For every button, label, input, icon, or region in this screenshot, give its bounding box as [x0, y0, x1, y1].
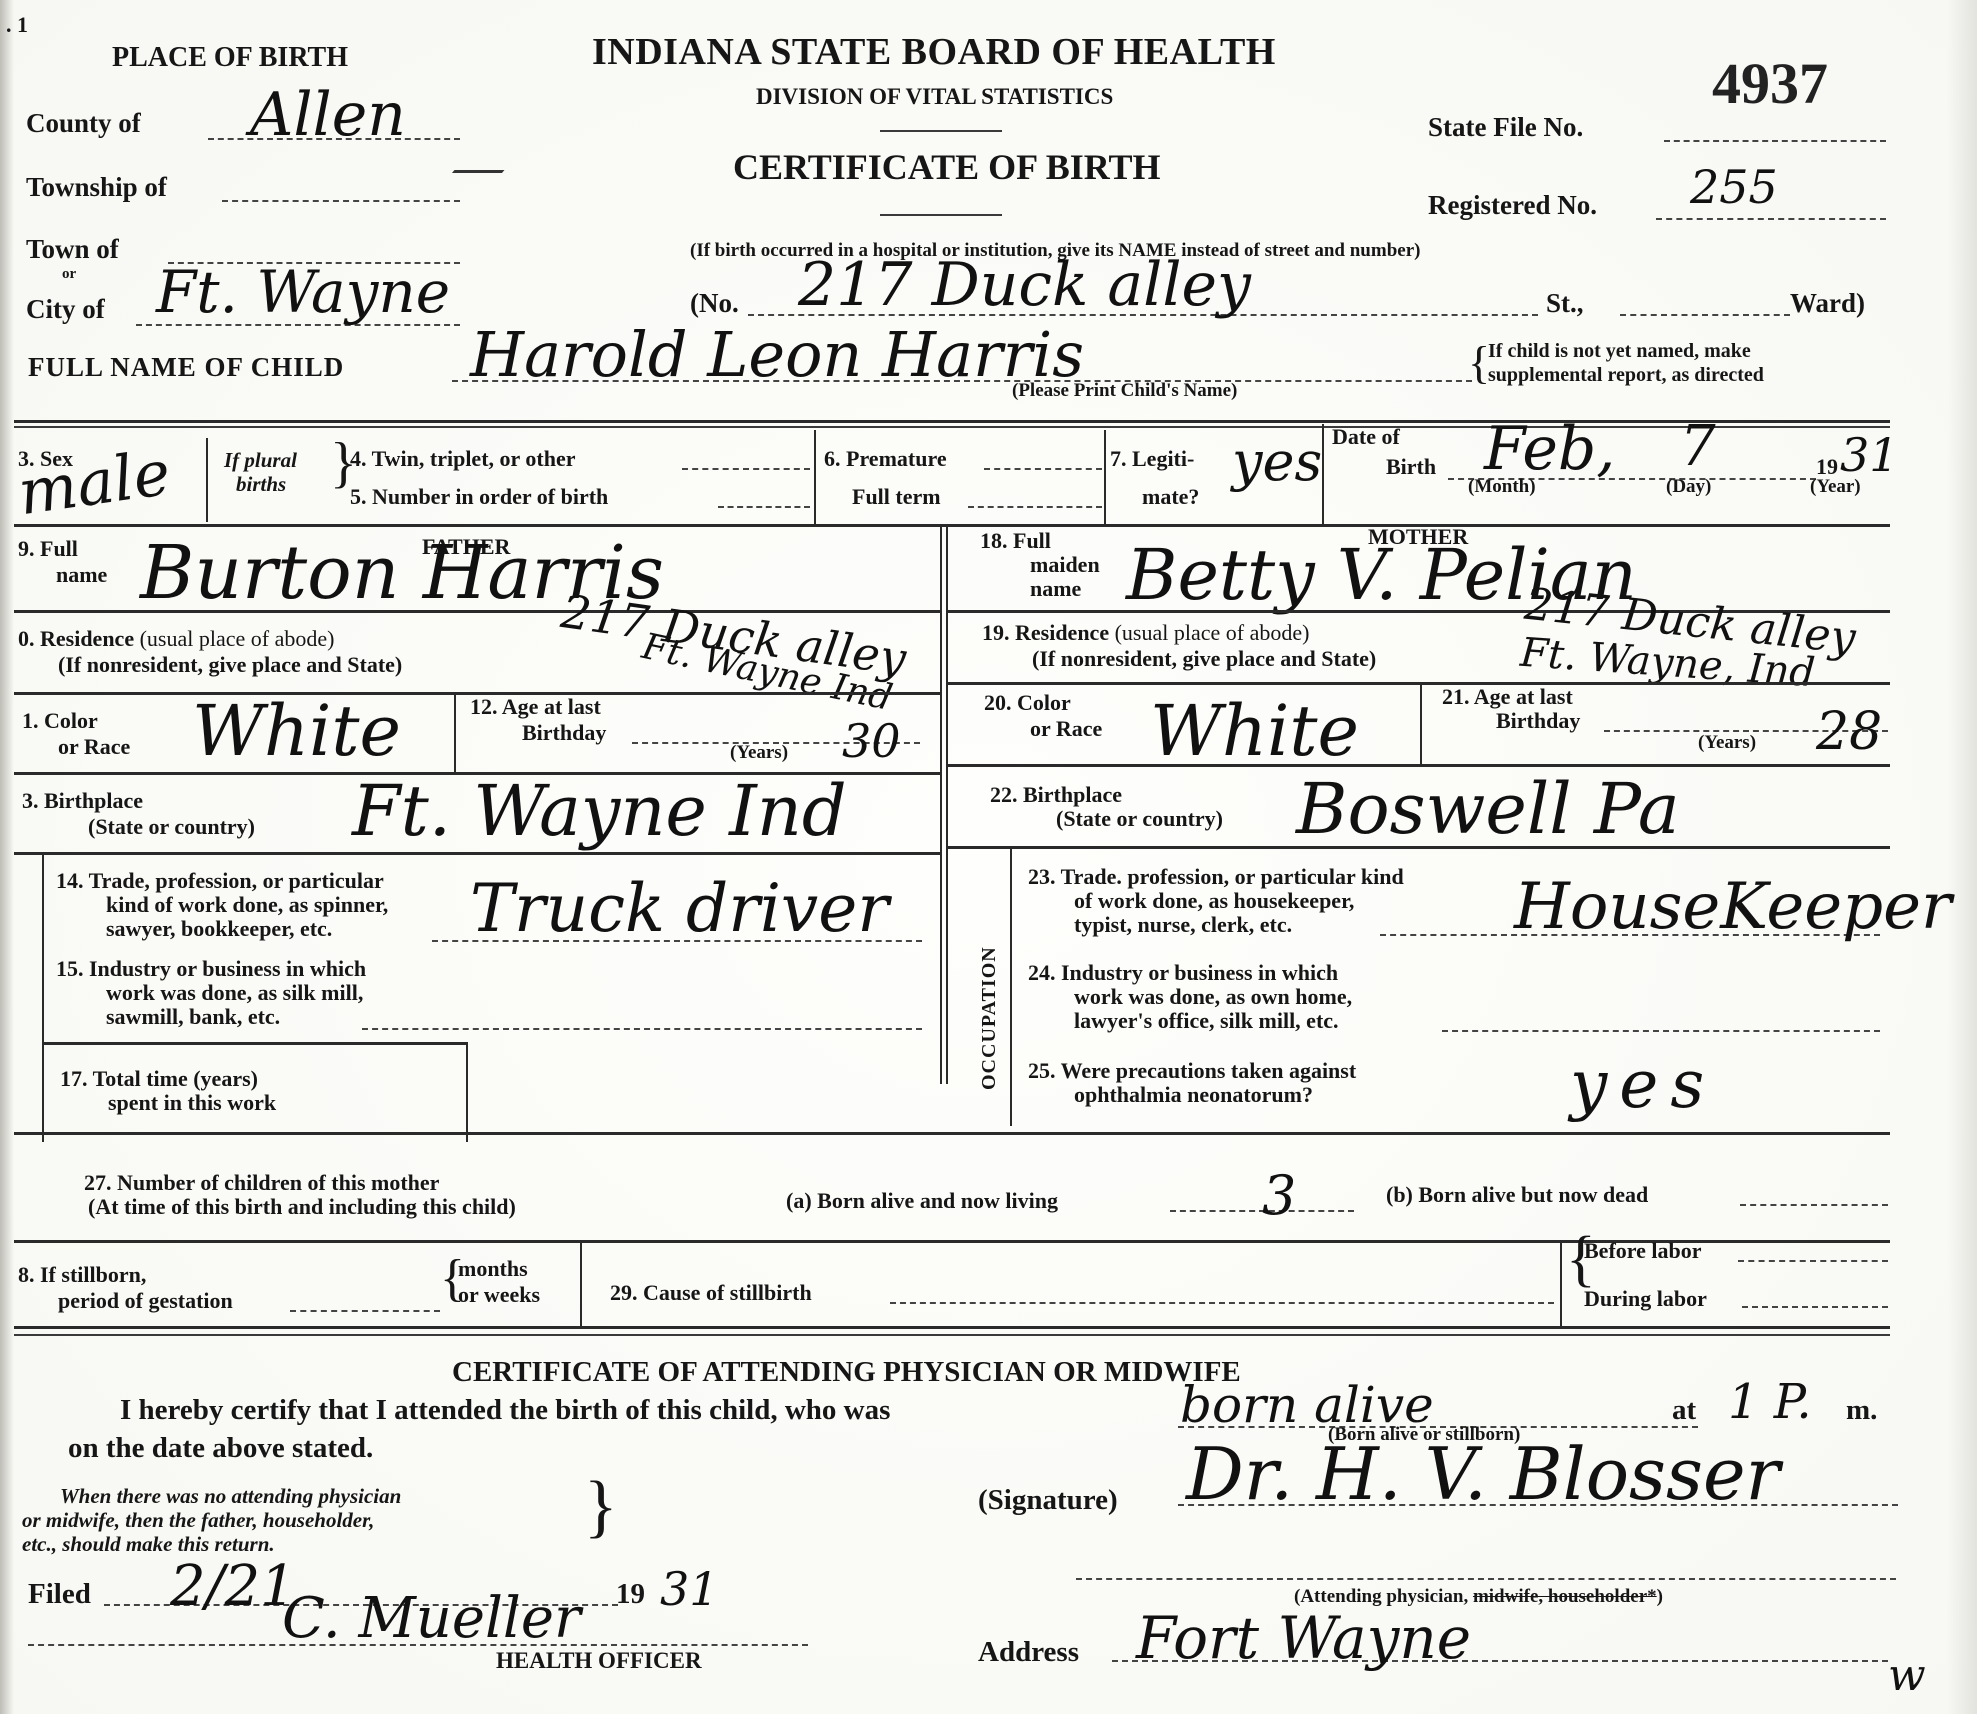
county-value: Allen	[250, 80, 406, 150]
header-rule	[880, 130, 1002, 132]
legitimate-label-1: 7. Legiti-	[1110, 446, 1194, 472]
parents-divider	[940, 524, 942, 1084]
mother-age-value: 28	[1816, 702, 1882, 762]
registered-label: Registered No.	[1428, 190, 1597, 221]
ophthalmia-label-1: 25. Were precautions taken against	[1028, 1058, 1356, 1084]
cause-label: 29. Cause of stillbirth	[610, 1280, 812, 1306]
mother-color-value: White	[1150, 690, 1359, 772]
father-trade-value: Truck driver	[470, 870, 889, 947]
street-value: 217 Duck alley	[798, 250, 1251, 320]
father-name-label-2: name	[56, 562, 107, 588]
division-title: DIVISION OF VITAL STATISTICS	[756, 84, 1113, 110]
father-residence-label-1: 0. Residence (usual place of abode)	[18, 626, 334, 652]
father-color-value: White	[192, 690, 401, 772]
row-rule	[946, 764, 1890, 767]
row-rule	[44, 1042, 466, 1045]
during-labor-label: During labor	[1584, 1286, 1707, 1312]
certify-text: I hereby certify that I attended the bir…	[120, 1394, 890, 1427]
father-industry-label-1: 15. Industry or business in which	[56, 956, 366, 982]
month-caption: (Month)	[1468, 476, 1536, 498]
or-label: or	[62, 266, 76, 283]
gestation-label-2: period of gestation	[58, 1288, 233, 1314]
date-stated-text: on the date above stated.	[68, 1432, 373, 1465]
dob-month: Feb,	[1484, 414, 1615, 484]
at-label: at	[1672, 1394, 1696, 1427]
occupation-side-rule	[1010, 846, 1012, 1126]
city-value: Ft. Wayne	[156, 258, 450, 326]
m-label: m.	[1846, 1394, 1877, 1427]
registered-value: 255	[1690, 160, 1778, 214]
print-name-note: (Please Print Child's Name)	[1012, 380, 1237, 402]
scan-edge-left	[0, 0, 14, 1714]
place-of-birth-heading: PLACE OF BIRTH	[112, 42, 348, 74]
children-label-2: (At time of this birth and including thi…	[88, 1194, 516, 1220]
physician-title-field[interactable]	[1076, 1578, 1896, 1580]
cell-divider	[1560, 1240, 1562, 1326]
physician-title-b: )	[1657, 1586, 1663, 1607]
township-field[interactable]	[222, 200, 460, 202]
corner-mark: . 1	[6, 12, 28, 38]
father-residence-label-sub: (usual place of abode)	[140, 626, 335, 651]
cell-divider	[1420, 684, 1422, 764]
address-mark: w	[1888, 1650, 1926, 1701]
legitimate-value: yes	[1232, 430, 1322, 493]
birth-order-label: 5. Number in order of birth	[350, 484, 608, 510]
dead-field[interactable]	[1740, 1204, 1888, 1206]
st-label: St.,	[1546, 288, 1584, 319]
twin-label: 4. Twin, triplet, or other	[350, 446, 575, 472]
weeks-label: or weeks	[458, 1282, 540, 1308]
during-labor-field[interactable]	[1742, 1306, 1888, 1308]
brace-symbol: }	[584, 1484, 618, 1530]
unnamed-note-1: If child is not yet named, make	[1488, 340, 1751, 363]
day-caption: (Day)	[1666, 476, 1711, 498]
cell-divider	[814, 430, 816, 524]
mother-residence-label-1: 19. Residence (usual place of abode)	[982, 620, 1309, 646]
town-label: Town of	[26, 234, 119, 265]
birth-certificate-page: . 1 PLACE OF BIRTH INDIANA STATE BOARD O…	[0, 0, 1977, 1714]
year-caption: (Year)	[1810, 476, 1861, 498]
state-file-label: State File No.	[1428, 112, 1583, 143]
mother-trade-value: HouseKeeper	[1514, 870, 1952, 944]
physician-title-struck: midwife, householder*	[1473, 1586, 1657, 1607]
premature-field[interactable]	[984, 468, 1102, 470]
mother-trade-label-3: typist, nurse, clerk, etc.	[1074, 912, 1292, 938]
father-industry-label-2: work was done, as silk mill,	[106, 980, 363, 1006]
mother-name-label-1: 18. Full	[980, 528, 1051, 554]
row-rule	[946, 846, 1890, 849]
dob-day: 7	[1680, 414, 1716, 479]
mother-industry-field[interactable]	[1442, 1030, 1880, 1032]
dob-label-2: Birth	[1386, 454, 1436, 480]
plural-label-2: births	[236, 472, 286, 497]
cell-divider	[580, 1240, 582, 1326]
dob-year-value: 31	[1840, 428, 1899, 482]
row-rule	[14, 610, 940, 613]
filed-date-value: 2/21	[170, 1554, 296, 1619]
mother-age-label-1: 21. Age at last	[1442, 684, 1573, 710]
children-label-1: 27. Number of children of this mother	[84, 1170, 439, 1196]
ward-field[interactable]	[1620, 314, 1790, 316]
mother-name-label-2: maiden	[1030, 552, 1100, 578]
certificate-title: CERTIFICATE OF BIRTH	[733, 146, 1161, 188]
mother-color-label-2: or Race	[1030, 716, 1102, 742]
filed-year-value: 31	[660, 1562, 719, 1616]
mother-color-label-1: 20. Color	[984, 690, 1071, 716]
months-label: months	[458, 1256, 528, 1282]
dead-label: (b) Born alive but now dead	[1386, 1182, 1648, 1208]
father-residence-label-main: 0. Residence	[18, 626, 134, 651]
row-rule	[14, 1326, 1890, 1329]
father-age-label-1: 12. Age at last	[470, 694, 601, 720]
registered-field[interactable]	[1656, 218, 1886, 220]
cell-divider	[1322, 424, 1324, 524]
full-term-label: Full term	[852, 484, 941, 510]
agency-title: INDIANA STATE BOARD OF HEALTH	[592, 30, 1276, 74]
father-trade-label-3: sawyer, bookkeeper, etc.	[106, 916, 332, 942]
cell-divider	[466, 1042, 468, 1142]
row-rule	[14, 524, 1890, 527]
row-rule	[946, 682, 1890, 685]
mother-industry-label-1: 24. Industry or business in which	[1028, 960, 1338, 986]
no-physician-note-2: or midwife, then the father, householder…	[22, 1508, 374, 1533]
mother-age-label-2: Birthday	[1496, 708, 1580, 734]
state-file-field[interactable]	[1664, 140, 1886, 142]
legitimate-label-2: mate?	[1142, 484, 1199, 510]
dob-label-1: Date of	[1332, 424, 1400, 450]
check-mark-icon	[452, 130, 538, 173]
occupation-label: OCCUPATION	[978, 946, 1001, 1090]
father-birthplace-value: Ft. Wayne Ind	[352, 770, 847, 852]
mother-residence-label-main: 19. Residence	[982, 620, 1109, 645]
ophthalmia-value: yes	[1570, 1046, 1716, 1123]
row-rule	[14, 852, 940, 855]
father-industry-label-3: sawmill, bank, etc.	[106, 1004, 280, 1030]
father-age-caption: (Years)	[730, 742, 788, 764]
state-file-stamp: 4937	[1712, 50, 1828, 117]
living-value: 3	[1262, 1164, 1296, 1227]
header-rule	[880, 214, 1002, 216]
mother-industry-label-3: lawyer's office, silk mill, etc.	[1074, 1008, 1339, 1034]
father-time-label-1: 17. Total time (years)	[60, 1066, 258, 1092]
filed-label: Filed	[28, 1578, 91, 1611]
father-time-label-2: spent in this work	[108, 1090, 276, 1116]
father-color-label-1: 1. Color	[22, 708, 98, 734]
scan-edge-right	[1947, 0, 1977, 1714]
gestation-field[interactable]	[290, 1310, 440, 1312]
child-name-value: Harold Leon Harris	[470, 318, 1084, 391]
health-officer-caption: HEALTH OFFICER	[496, 1648, 702, 1674]
address-value: Fort Wayne	[1136, 1604, 1471, 1672]
mother-birthplace-label-1: 22. Birthplace	[990, 782, 1122, 808]
cell-divider	[454, 692, 456, 772]
physician-signature: Dr. H. V. Blosser	[1186, 1432, 1780, 1516]
ward-label: Ward)	[1790, 288, 1865, 319]
ophthalmia-label-2: ophthalmia neonatorum?	[1074, 1082, 1313, 1108]
twin-field[interactable]	[682, 468, 810, 470]
mother-name-label-3: name	[1030, 576, 1081, 602]
occupation-box-left	[42, 852, 44, 1142]
street-no-label: (No.	[690, 288, 739, 319]
mother-birthplace-value: Boswell Pa	[1296, 768, 1680, 850]
physician-heading: CERTIFICATE OF ATTENDING PHYSICIAN OR MI…	[452, 1356, 1241, 1389]
brace-symbol: {	[1468, 340, 1490, 386]
father-name-label-1: 9. Full	[18, 536, 78, 562]
mother-trade-label-2: of work done, as housekeeper,	[1074, 888, 1354, 914]
before-labor-field[interactable]	[1738, 1260, 1888, 1262]
father-birthplace-label-2: (State or country)	[88, 814, 255, 840]
signature-label: (Signature)	[978, 1484, 1118, 1517]
father-industry-field[interactable]	[362, 1028, 922, 1030]
no-physician-note-1: When there was no attending physician	[60, 1484, 401, 1509]
full-term-field[interactable]	[968, 506, 1102, 508]
cause-field[interactable]	[890, 1302, 1554, 1304]
mother-age-caption: (Years)	[1698, 732, 1756, 754]
cell-divider	[1104, 430, 1106, 524]
child-name-label: FULL NAME OF CHILD	[28, 352, 344, 383]
father-residence-label-2: (If nonresident, give place and State)	[58, 652, 402, 678]
city-label: City of	[26, 294, 105, 325]
unnamed-note-2: supplemental report, as directed	[1488, 364, 1764, 387]
father-color-label-2: or Race	[58, 734, 130, 760]
parents-divider	[946, 524, 948, 1084]
birth-order-field[interactable]	[718, 506, 810, 508]
father-age-label-2: Birthday	[522, 720, 606, 746]
mother-industry-label-2: work was done, as own home,	[1074, 984, 1352, 1010]
mother-residence-label-2: (If nonresident, give place and State)	[1032, 646, 1376, 672]
row-rule	[14, 1132, 1890, 1135]
mother-residence-label-sub: (usual place of abode)	[1115, 620, 1310, 645]
cell-divider	[206, 438, 208, 522]
living-label: (a) Born alive and now living	[786, 1188, 1058, 1214]
mother-birthplace-label-2: (State or country)	[1056, 806, 1223, 832]
father-age-value: 30	[842, 714, 901, 768]
mother-trade-label-1: 23. Trade. profession, or particular kin…	[1028, 864, 1404, 890]
birth-time-value: 1 P.	[1728, 1374, 1812, 1430]
address-label: Address	[978, 1636, 1079, 1669]
father-trade-label-1: 14. Trade, profession, or particular	[56, 868, 384, 894]
filed-year-prefix: 19	[616, 1578, 645, 1611]
father-birthplace-label-1: 3. Birthplace	[22, 788, 143, 814]
plural-label-1: If plural	[224, 448, 297, 473]
row-rule	[14, 1334, 1890, 1336]
father-trade-label-2: kind of work done, as spinner,	[106, 892, 388, 918]
health-officer-signature: C. Mueller	[282, 1586, 581, 1651]
gestation-label-1: 8. If stillborn,	[18, 1262, 146, 1288]
township-label: Township of	[26, 172, 167, 203]
before-labor-label: Before labor	[1584, 1238, 1702, 1264]
premature-label: 6. Premature	[824, 446, 947, 472]
county-label: County of	[26, 108, 141, 139]
